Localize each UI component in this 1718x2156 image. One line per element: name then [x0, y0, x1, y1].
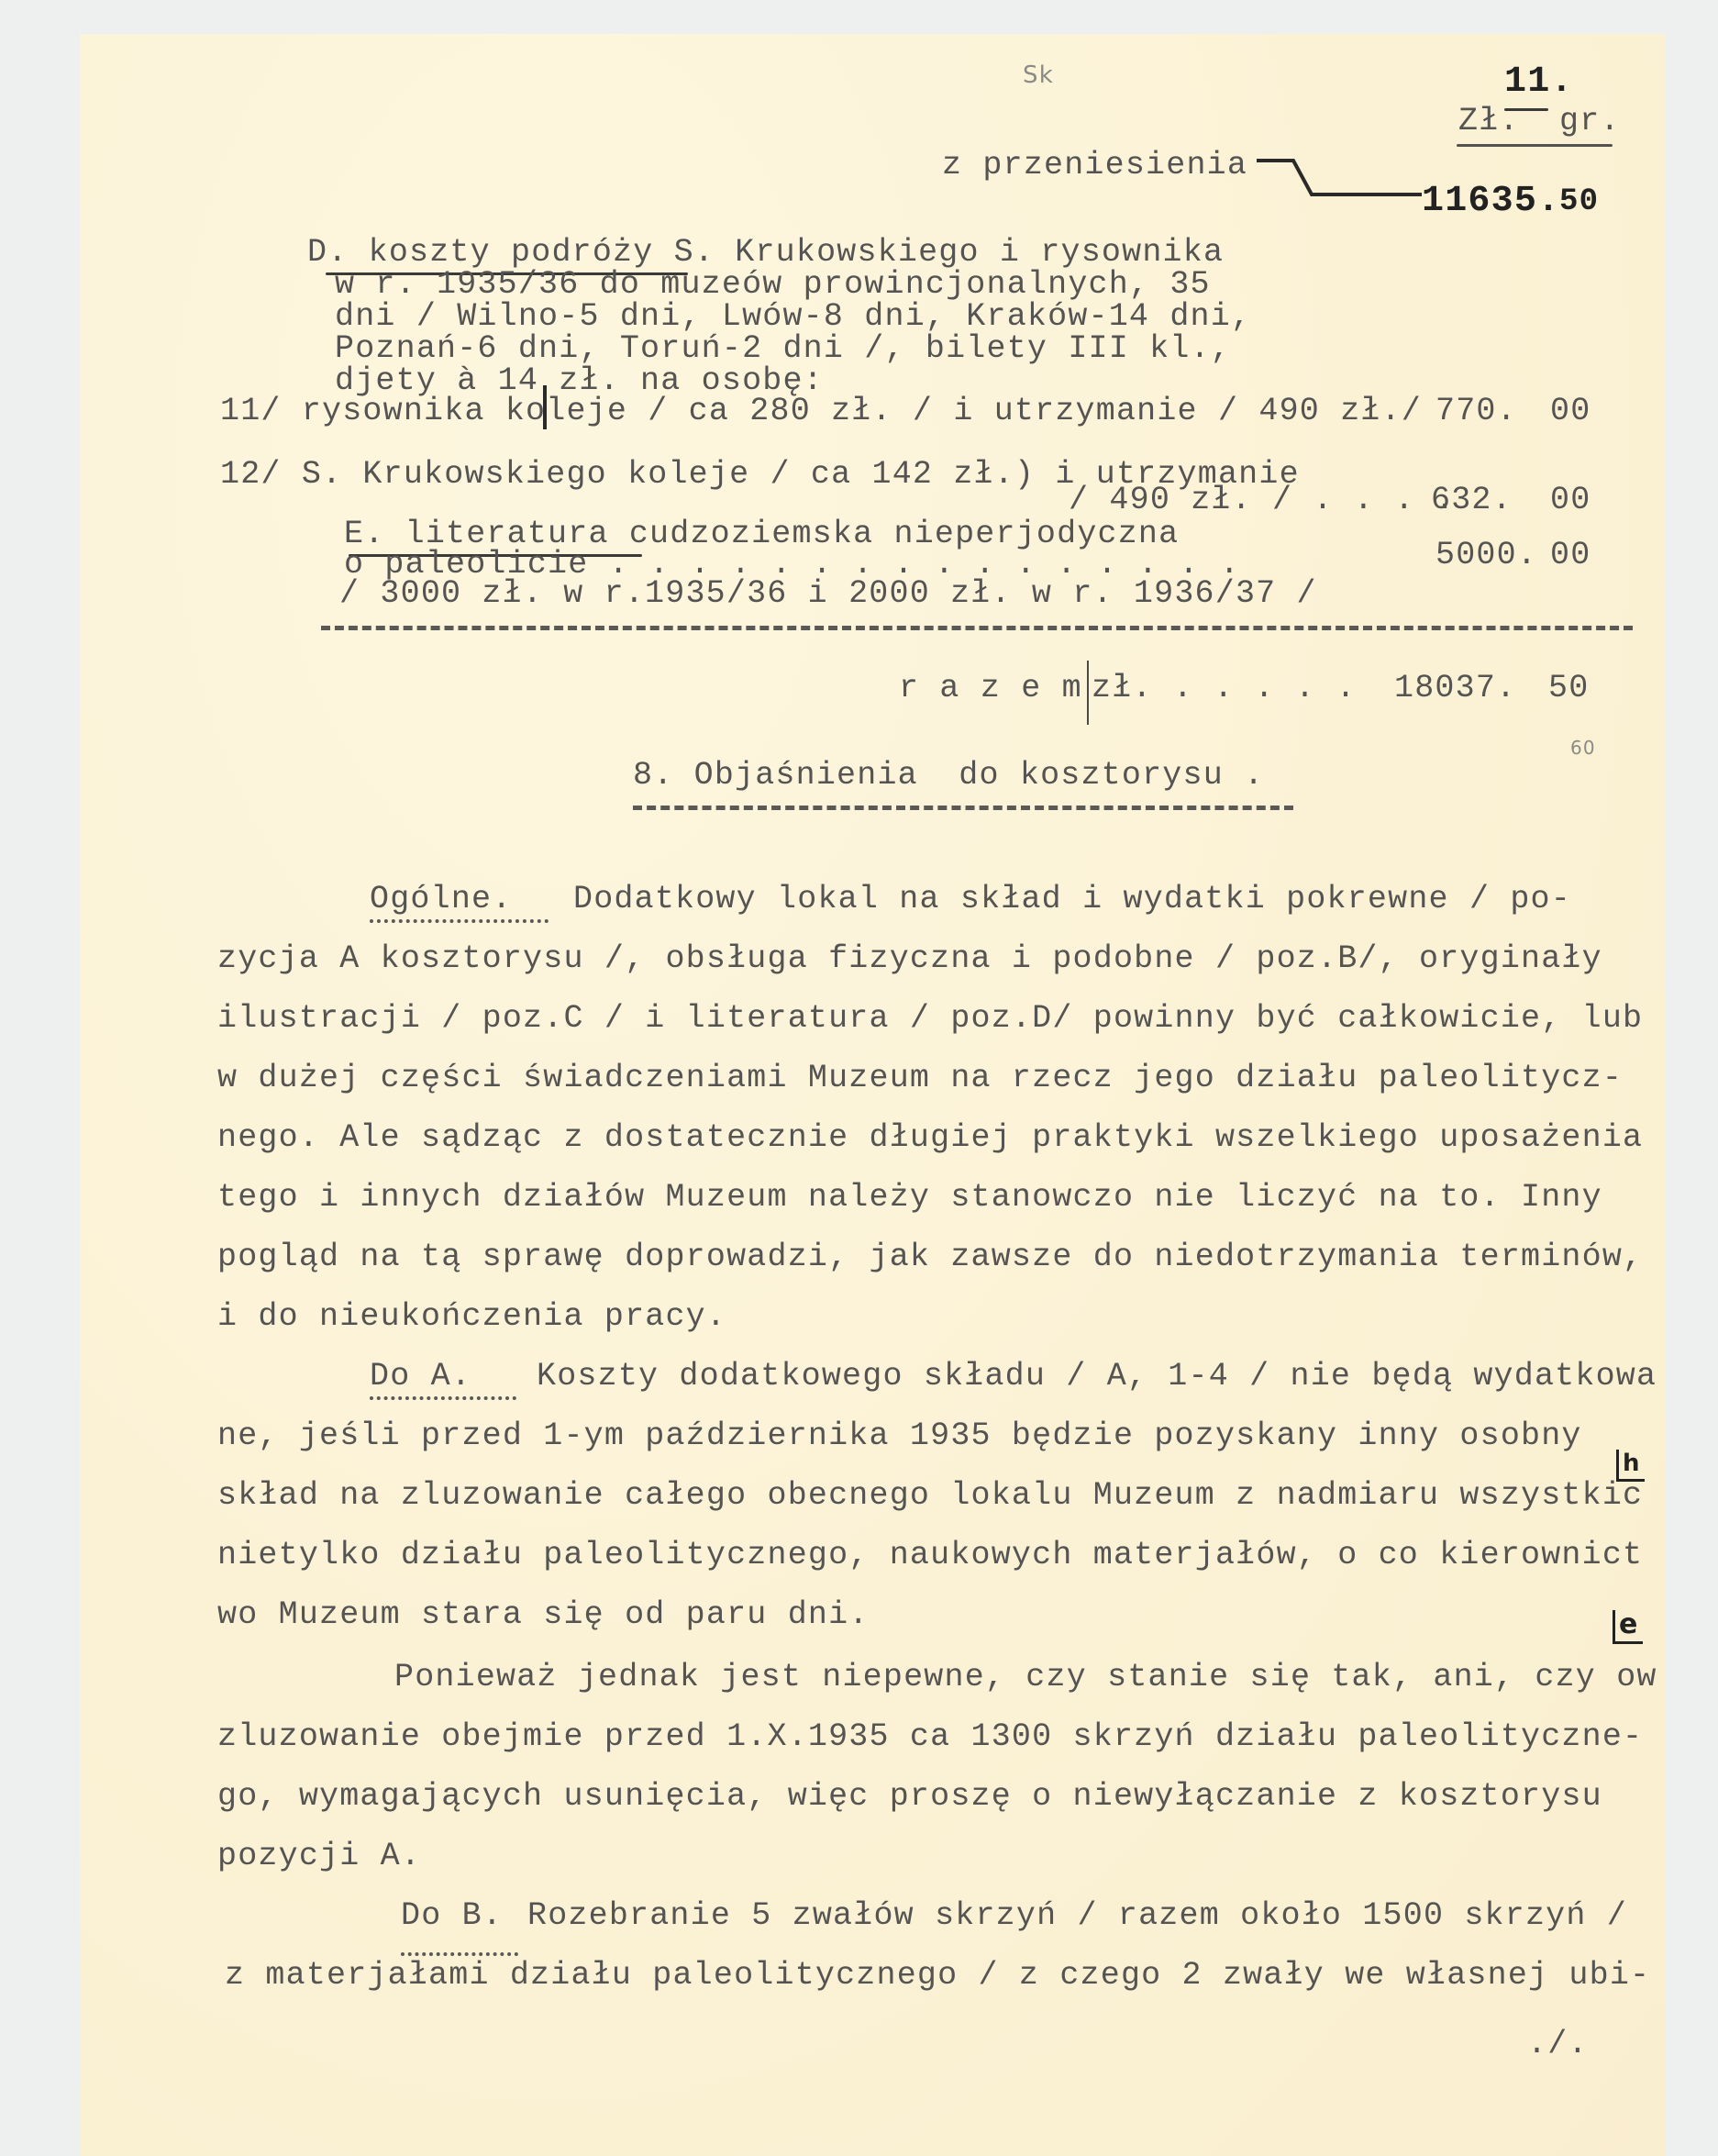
paragraph-3-line-2: zluzowanie obejmie przed 1.X.1935 ca 130…: [217, 1718, 1643, 1755]
paragraph-general-line-4: w dużej części świadczeniami Muzeum na r…: [217, 1060, 1623, 1096]
total-amount-gr: 50: [1548, 670, 1589, 706]
paragraph-a-line-4: nietylko działu paleolitycznego, naukowy…: [217, 1537, 1643, 1573]
pencil-annotation: Sk: [1023, 57, 1054, 94]
paragraph-b-line-2: z materjałami działu paleolitycznego / z…: [225, 1957, 1650, 1994]
lead-underline: [401, 1952, 518, 1956]
section-d-item-12-amount-gr: 00: [1550, 482, 1591, 518]
ink-correction-mark: [543, 385, 547, 429]
paragraph-b-line-1: Rozebranie 5 zwałów skrzyń / razem około…: [527, 1897, 1627, 1934]
continuation-mark: ./.: [1527, 2026, 1589, 2062]
paragraph-general-line-7: pogląd na tą sprawę doprowadzi, jak zaws…: [217, 1239, 1643, 1275]
carryover-amount-zl: 11635.: [1422, 183, 1560, 220]
section-d-line-3: dni / Wilno-5 dni, Lwów-8 dni, Kraków-14…: [335, 298, 1251, 335]
total-divider-line: [1087, 661, 1089, 725]
section-d-line-4: Poznań-6 dni, Toruń-2 dni /, bilety III …: [335, 330, 1231, 367]
paragraph-general-line-1: Dodatkowy lokal na skład i wydatki pokre…: [573, 881, 1571, 917]
paragraph-general-line-3: ilustracji / poz.C / i literatura / poz.…: [217, 1000, 1643, 1037]
carryover-connector-line: [1257, 156, 1422, 211]
paragraph-a-line-1: Koszty dodatkowego składu / A, 1-4 / nie…: [537, 1358, 1657, 1395]
pencil-annotation-right: 60: [1570, 729, 1596, 766]
margin-correction-h: h: [1616, 1450, 1645, 1482]
paragraph-general-line-6: tego i innych działów Muzeum należy stan…: [217, 1179, 1602, 1216]
paragraph-b-lead: Do B.: [401, 1897, 503, 1934]
section-e-line-3: / 3000 zł. w r.1935/36 i 2000 zł. w r. 1…: [339, 575, 1317, 612]
total-label: r a z e m: [899, 670, 1082, 706]
section-e-amount-zl: 5000.: [1435, 537, 1537, 573]
explanations-heading-underline: [633, 806, 1293, 810]
explanations-heading: 8. Objaśnienia do kosztorysu .: [633, 757, 1264, 794]
paragraph-3-line-1: Ponieważ jednak jest niepewne, czy stani…: [394, 1659, 1657, 1695]
section-d-item-11-amount-zl: 770.: [1435, 393, 1517, 429]
section-d-item-11-amount-gr: 00: [1550, 393, 1591, 429]
margin-correction-e: e: [1613, 1610, 1643, 1644]
paragraph-a-line-3: skład na zluzowanie całego obecnego loka…: [217, 1477, 1643, 1514]
paragraph-3-line-3: go, wymagających usunięcia, więc proszę …: [217, 1778, 1602, 1815]
paragraph-a-lead: Do A.: [370, 1358, 471, 1395]
section-d-item-11-text: 11/ rysownika koleje / ca 280 zł. / i ut…: [220, 393, 1422, 429]
paragraph-a-line-5: wo Muzeum stara się od paru dni.: [217, 1596, 870, 1633]
carryover-label: z przeniesienia: [942, 147, 1247, 183]
paragraph-general-line-2: zycja A kosztorysu /, obsługa fizyczna i…: [217, 940, 1602, 977]
paragraph-a-line-2: ne, jeśli przed 1-ym października 1935 b…: [217, 1417, 1582, 1454]
total-currency: zł. . . . . .: [1092, 670, 1357, 706]
dashed-separator: [321, 626, 1633, 630]
section-d-item-12-text-cont: / 490 zł. / . . . .: [1069, 482, 1456, 518]
lead-underline: [370, 1396, 516, 1400]
paragraph-general-line-8: i do nieukończenia pracy.: [217, 1298, 726, 1335]
carryover-amount-gr: 50: [1559, 183, 1599, 220]
column-header-grosz: gr.: [1559, 103, 1621, 139]
section-d-line-2: w r. 1935/36 do muzeów prowincjonalnych,…: [335, 266, 1211, 303]
column-header-underline: [1457, 144, 1613, 147]
section-d-item-12-amount-zl: 632.: [1431, 482, 1513, 518]
section-d-line-1: D. koszty podróży S. Krukowskiego i ryso…: [307, 234, 1224, 271]
paragraph-3-line-4: pozycji A.: [217, 1838, 421, 1874]
paragraph-general-line-5: nego. Ale sądząc z dostatecznie długiej …: [217, 1119, 1643, 1156]
page-number: 11.: [1504, 64, 1574, 101]
section-e-amount-gr: 00: [1550, 537, 1591, 573]
lead-underline: [370, 919, 549, 923]
column-header-zloty: Zł.: [1458, 103, 1520, 139]
total-amount-zl: 18037.: [1394, 670, 1516, 706]
paragraph-general-lead: Ogólne.: [370, 881, 512, 917]
